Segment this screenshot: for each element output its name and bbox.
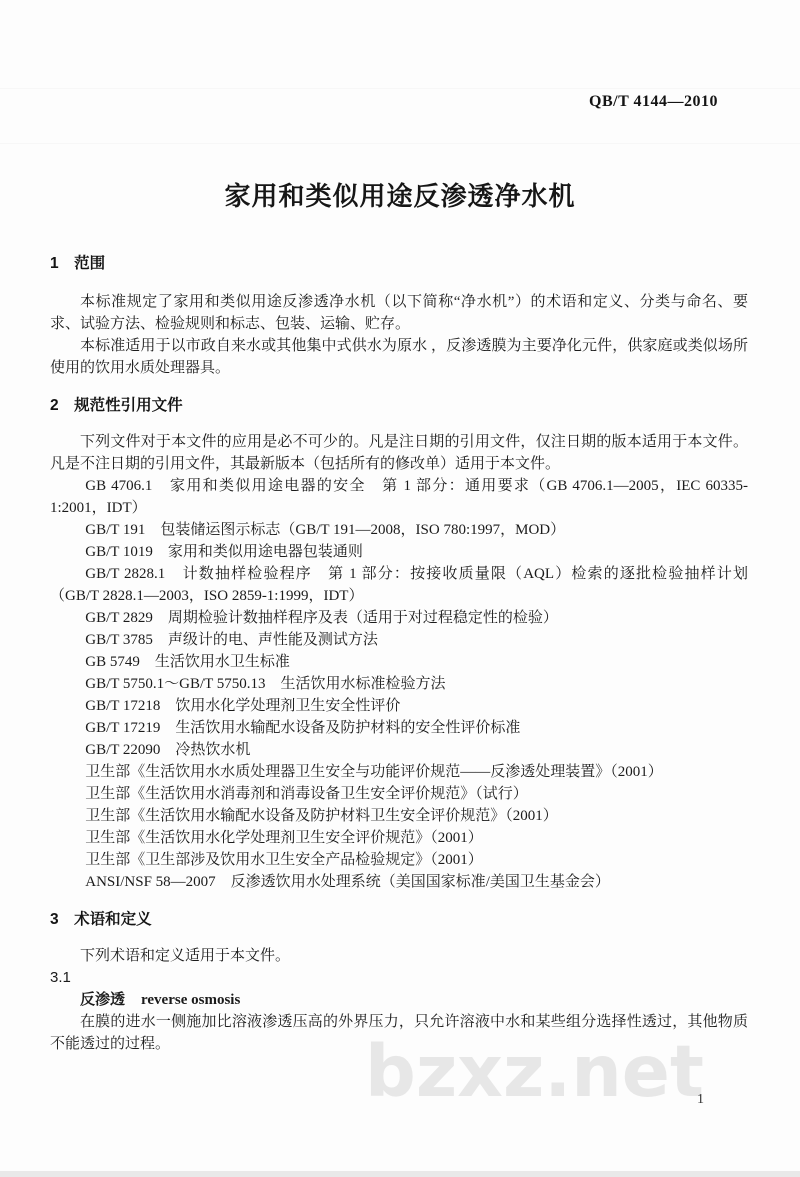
reference-item: GB 5749 生活饮用水卫生标准 <box>50 651 748 673</box>
section-heading-normative-references: 2 规范性引用文件 <box>50 395 748 417</box>
references-intro: 下列文件对于本文件的应用是必不可少的。凡是注日期的引用文件，仅注日期的版本适用于… <box>50 431 748 475</box>
reference-item: 卫生部《生活饮用水化学处理剂卫生安全评价规范》（2001） <box>50 827 748 849</box>
document-body: 1 范围 本标准规定了家用和类似用途反渗透净水机（以下简称“净水机”）的术语和定… <box>50 253 748 1055</box>
reference-item: GB/T 17219 生活饮用水输配水设备及防护材料的安全性评价标准 <box>50 717 748 739</box>
standard-number: QB/T 4144—2010 <box>589 93 718 111</box>
section-heading-scope: 1 范围 <box>50 253 748 275</box>
reference-item: 卫生部《生活饮用水水质处理器卫生安全与功能评价规范——反渗透处理装置》（2001… <box>50 761 748 783</box>
reference-item: GB/T 2829 周期检验计数抽样程序及表（适用于对过程稳定性的检验） <box>50 607 748 629</box>
reference-item: GB/T 2828.1 计数抽样检验程序 第 1 部分：按接收质量限（AQL）检… <box>50 563 748 607</box>
scan-artifact-line <box>0 143 800 144</box>
reference-item: GB 4706.1 家用和类似用途电器的安全 第 1 部分：通用要求（GB 47… <box>50 475 748 519</box>
term-chinese: 反渗透 <box>80 991 125 1008</box>
reference-item: 卫生部《卫生部涉及饮用水卫生安全产品检验规定》（2001） <box>50 849 748 871</box>
reference-item: 卫生部《生活饮用水消毒剂和消毒设备卫生安全评价规范》（试行） <box>50 783 748 805</box>
document-page: bzxz.net QB/T 4144—2010 家用和类似用途反渗透净水机 1 … <box>0 0 800 1177</box>
terms-intro: 下列术语和定义适用于本文件。 <box>50 945 748 967</box>
term-english: reverse osmosis <box>141 992 240 1008</box>
term-entry: 反渗透reverse osmosis <box>50 989 748 1011</box>
scan-artifact-line <box>0 88 800 89</box>
reference-item: 卫生部《生活饮用水输配水设备及防护材料卫生安全评价规范》（2001） <box>50 805 748 827</box>
scope-paragraph: 本标准规定了家用和类似用途反渗透净水机（以下简称“净水机”）的术语和定义、分类与… <box>50 291 748 335</box>
scope-paragraph: 本标准适用于以市政自来水或其他集中式供水为原水 ，反渗透膜为主要净化元件，供家庭… <box>50 335 748 379</box>
term-definition: 在膜的进水一侧施加比溶液渗透压高的外界压力，只允许溶液中水和某些组分选择性透过，… <box>50 1011 748 1055</box>
reference-item: GB/T 191 包装储运图示标志（GB/T 191—2008，ISO 780:… <box>50 519 748 541</box>
reference-item: GB/T 22090 冷热饮水机 <box>50 739 748 761</box>
page-number: 1 <box>697 1092 704 1108</box>
reference-item: GB/T 3785 声级计的电、声性能及测试方法 <box>50 629 748 651</box>
reference-item: GB/T 5750.1～GB/T 5750.13 生活饮用水标准检验方法 <box>50 673 748 695</box>
document-title: 家用和类似用途反渗透净水机 <box>0 176 800 213</box>
clause-number: 3.1 <box>50 967 748 989</box>
scan-edge <box>0 1171 800 1177</box>
reference-item: GB/T 17218 饮用水化学处理剂卫生安全性评价 <box>50 695 748 717</box>
reference-item: GB/T 1019 家用和类似用途电器包装通则 <box>50 541 748 563</box>
section-heading-terms: 3 术语和定义 <box>50 909 748 931</box>
reference-item: ANSI/NSF 58—2007 反渗透饮用水处理系统（美国国家标准/美国卫生基… <box>50 871 748 893</box>
